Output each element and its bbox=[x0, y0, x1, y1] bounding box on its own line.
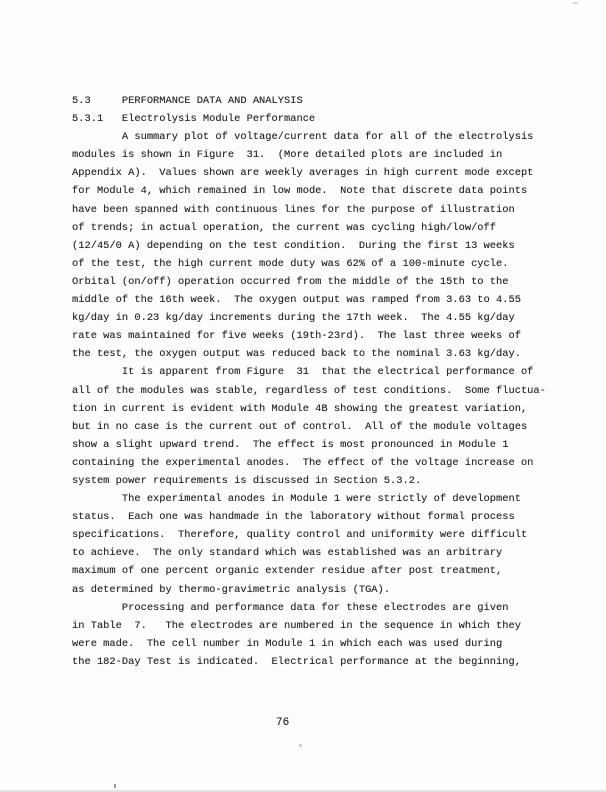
text-block: 5.3PERFORMANCE DATA AND ANALYSIS 5.3.1El… bbox=[72, 92, 564, 671]
scan-speck bbox=[114, 784, 116, 788]
section-number: 5.3 bbox=[72, 92, 122, 110]
page-number: 76 bbox=[276, 714, 289, 732]
subsection-heading: 5.3.1Electrolysis Module Performance bbox=[72, 110, 564, 128]
paragraph-4: Processing and performance data for thes… bbox=[72, 599, 564, 671]
section-heading: 5.3PERFORMANCE DATA AND ANALYSIS bbox=[72, 92, 564, 110]
scan-speck bbox=[573, 2, 578, 4]
paragraph-3: The experimental anodes in Module 1 were… bbox=[72, 490, 564, 599]
document-page: 5.3PERFORMANCE DATA AND ANALYSIS 5.3.1El… bbox=[0, 0, 606, 792]
subsection-number: 5.3.1 bbox=[72, 110, 122, 128]
paragraph-1: A summary plot of voltage/current data f… bbox=[72, 128, 564, 363]
subsection-title: Electrolysis Module Performance bbox=[122, 113, 315, 125]
scan-speck bbox=[299, 744, 302, 747]
section-title: PERFORMANCE DATA AND ANALYSIS bbox=[122, 95, 303, 107]
paragraph-2: It is apparent from Figure 31 that the e… bbox=[72, 363, 564, 490]
